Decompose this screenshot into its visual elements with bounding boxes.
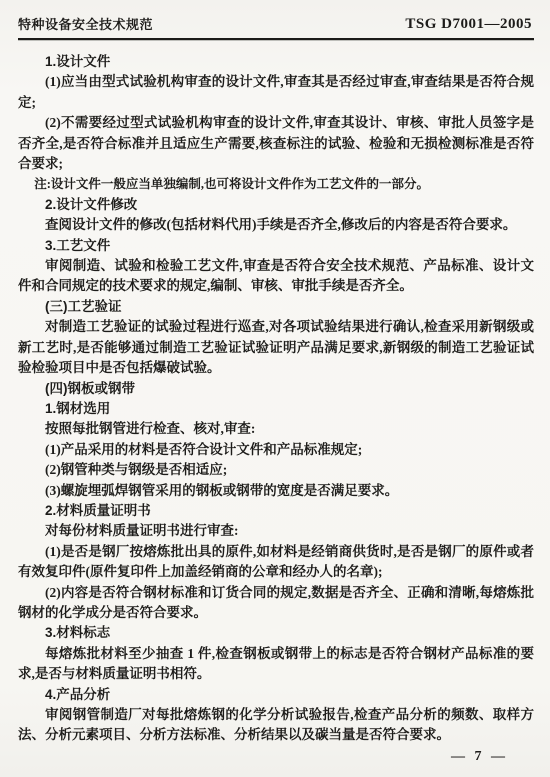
paragraph: 对制造工艺验证的试验过程进行巡查,对各项试验结果进行确认,检查采用新钢级或新工艺…: [18, 317, 534, 378]
paragraph: 3.材料标志: [18, 623, 534, 643]
paragraph: (1)产品采用的材料是否符合设计文件和产品标准规定;: [18, 440, 534, 460]
paragraph: 1.设计文件: [18, 52, 534, 72]
paragraph: (2)内容是否符合钢材标准和订货合同的规定,数据是否齐全、正确和清晰,每熔炼批钢…: [18, 583, 534, 624]
paragraph: 3.工艺文件: [18, 236, 534, 256]
document-body: 1.设计文件(1)应当由型式试验机构审查的设计文件,审查其是否经过审查,审查结果…: [18, 40, 534, 746]
paragraph: 4.产品分析: [18, 685, 534, 705]
paragraph: (1)应当由型式试验机构审查的设计文件,审查其是否经过审查,审查结果是否符合规定…: [18, 72, 534, 113]
paragraph: 查阅设计文件的修改(包括材料代用)手续是否齐全,修改后的内容是否符合要求。: [18, 215, 534, 235]
paragraph: 每熔炼批材料至少抽查 1 件,检查钢板或钢带上的标志是否符合钢材产品标准的要求,…: [18, 644, 534, 685]
paragraph: (三)工艺验证: [18, 297, 534, 317]
paragraph: 审阅钢管制造厂对每批熔炼钢的化学分析试验报告,检查产品分析的频数、取样方法、分析…: [18, 705, 534, 746]
page-footer: — 7 —: [18, 749, 534, 765]
paragraph: 按照每批钢管进行检查、核对,审查:: [18, 419, 534, 439]
paragraph: 2.材料质量证明书: [18, 501, 534, 521]
paragraph: (四)钢板或钢带: [18, 379, 534, 399]
header-doc-number: TSG D7001—2005: [405, 16, 532, 33]
page-number: — 7 —: [451, 749, 508, 764]
paragraph: (2)钢管种类与钢级是否相适应;: [18, 460, 534, 480]
paragraph: 对每份材料质量证明书进行审查:: [18, 521, 534, 541]
paragraph: 1.钢材选用: [18, 399, 534, 419]
paragraph: (1)是否是钢厂按熔炼批出具的原件,如材料是经销商供货时,是否是钢厂的原件或者有…: [18, 542, 534, 583]
paragraph: (3)螺旋埋弧焊钢管采用的钢板或钢带的宽度是否满足要求。: [18, 481, 534, 501]
page-header: 特种设备安全技术规范 TSG D7001—2005: [18, 14, 534, 33]
paragraph: (2)不需要经过型式试验机构审查的设计文件,审查其设计、审核、审批人员签字是否齐…: [18, 113, 534, 174]
paragraph: 注:设计文件一般应当单独编制,也可将设计文件作为工艺文件的一部分。: [18, 174, 534, 194]
paragraph: 2.设计文件修改: [18, 195, 534, 215]
document-page: 特种设备安全技术规范 TSG D7001—2005 1.设计文件(1)应当由型式…: [0, 0, 550, 777]
paragraph: 审阅制造、试验和检验工艺文件,审查是否符合安全技术规范、产品标准、设计文件和合同…: [18, 256, 534, 297]
header-spec-title: 特种设备安全技术规范: [18, 14, 153, 33]
